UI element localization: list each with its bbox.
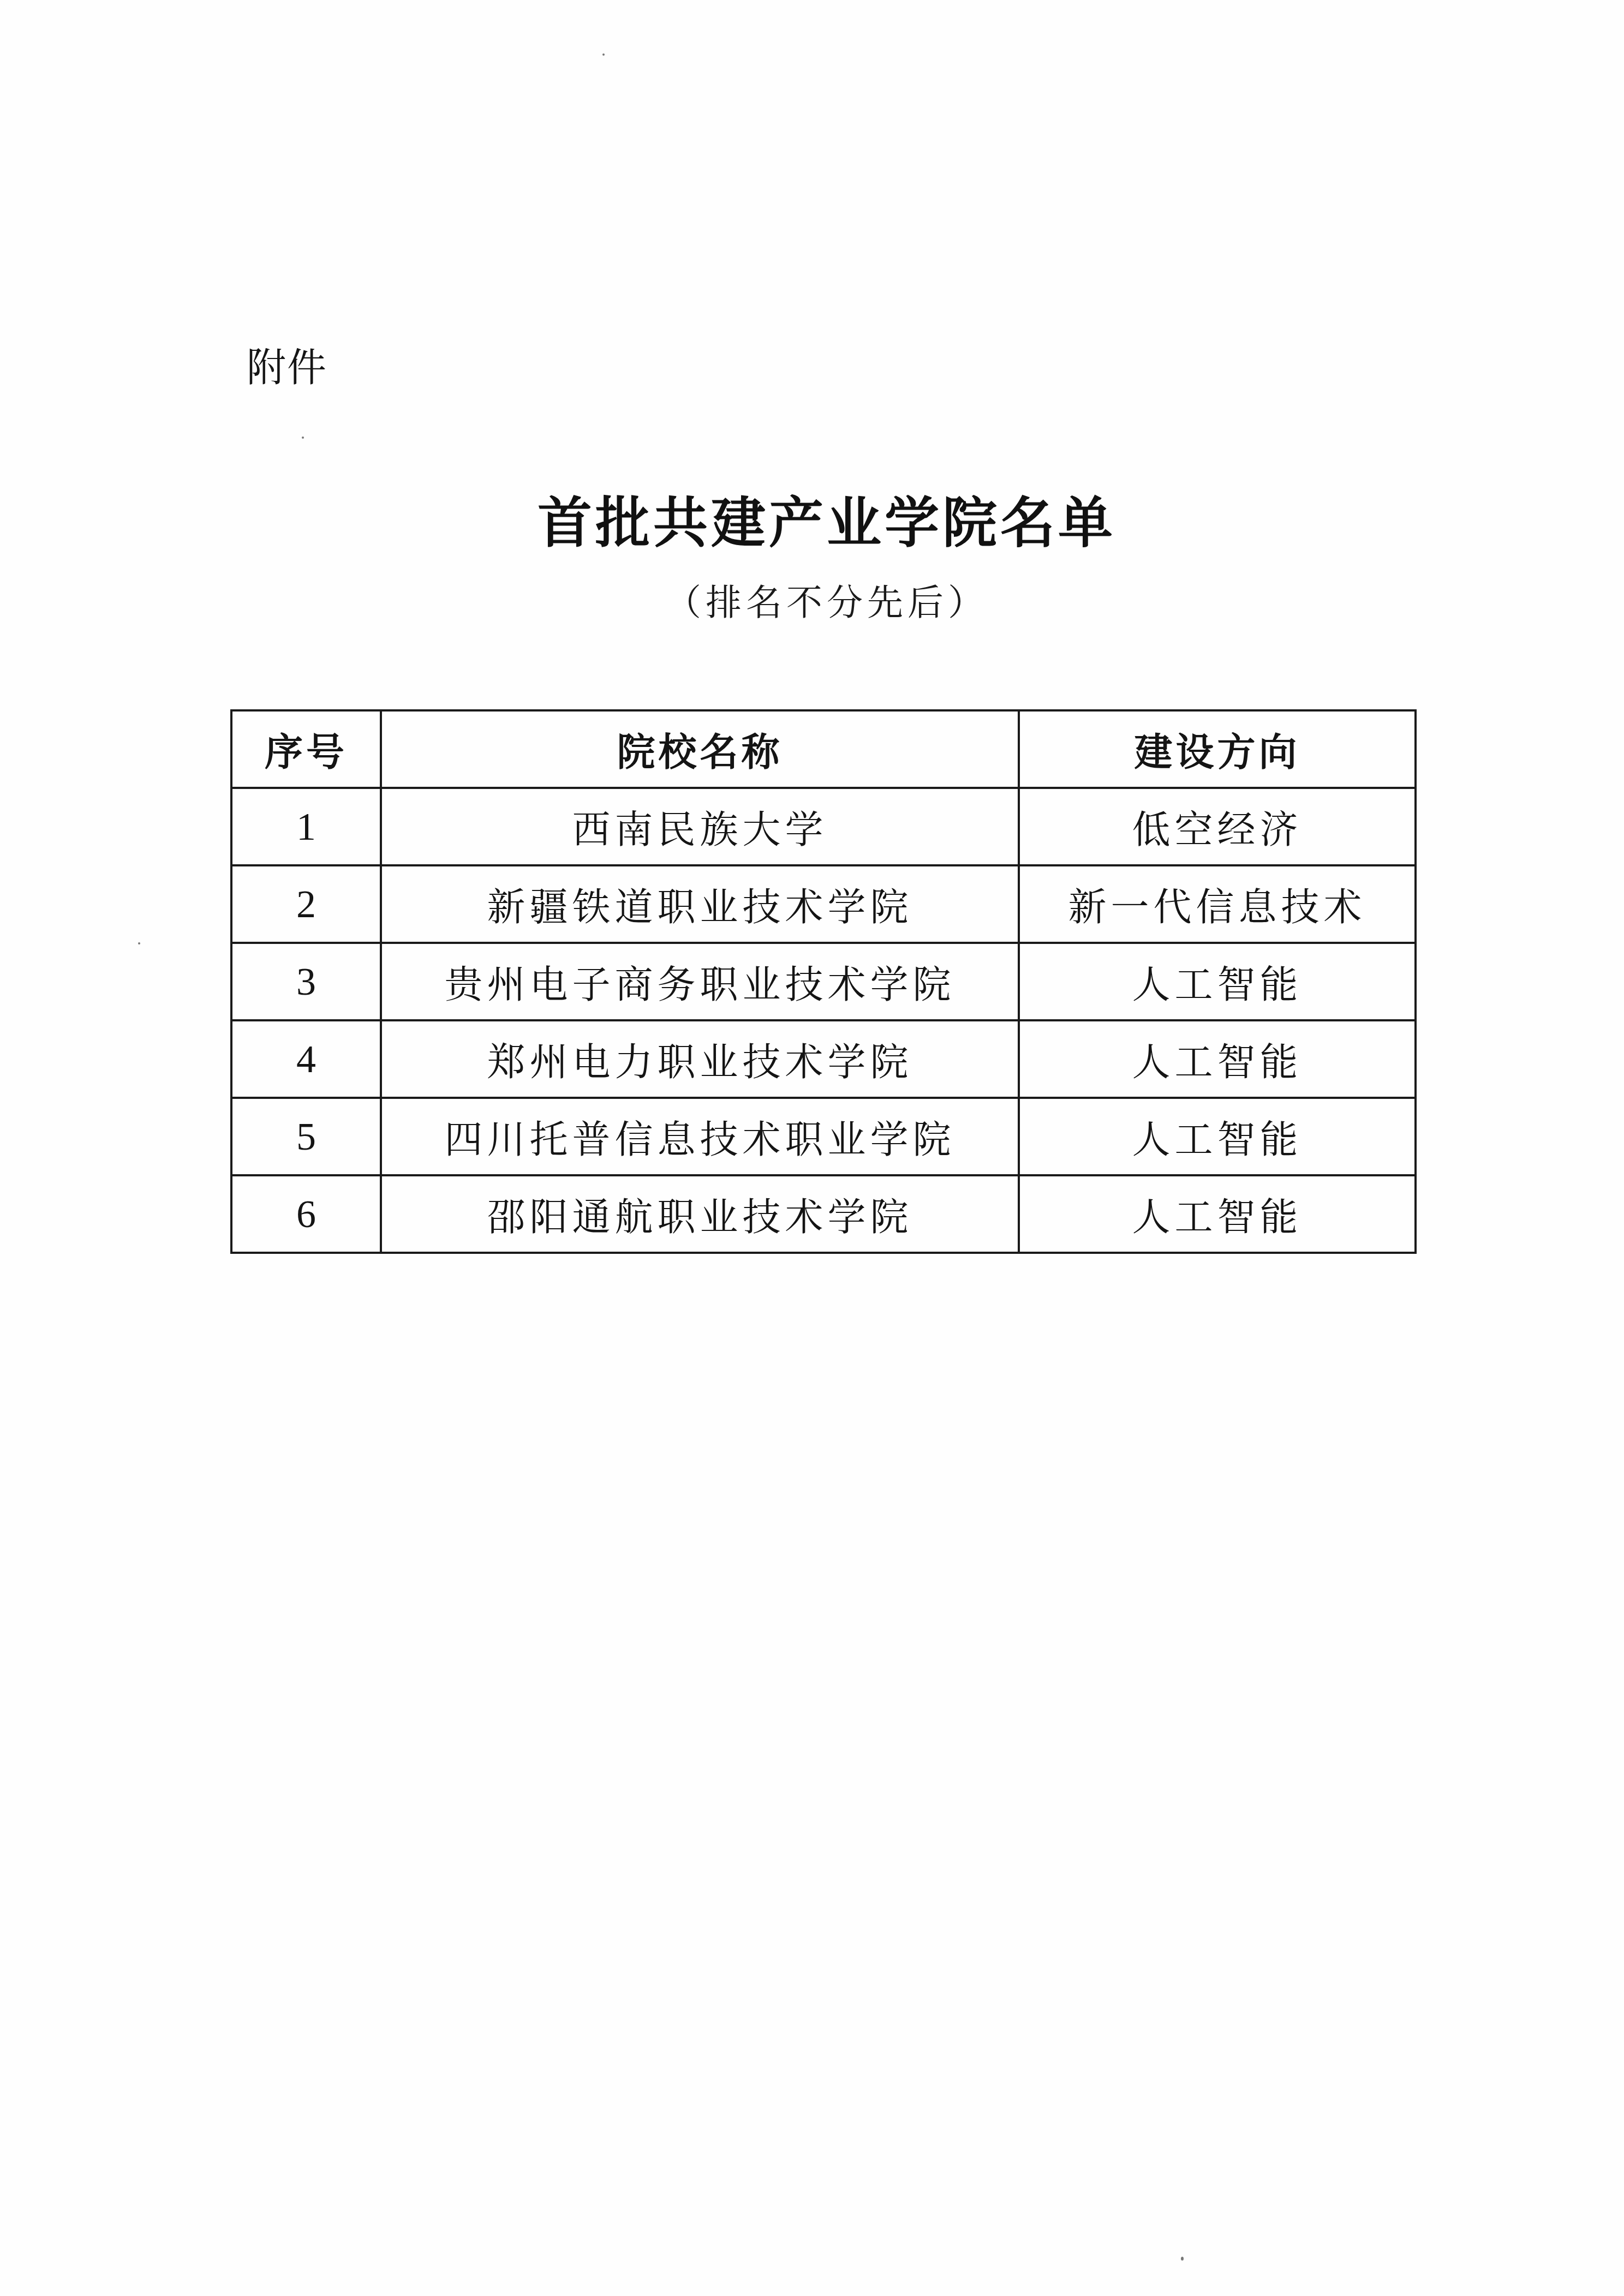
column-header-institution: 院校名称 bbox=[381, 710, 1019, 788]
column-header-index: 序号 bbox=[231, 710, 381, 788]
scan-speck bbox=[138, 942, 140, 944]
attachment-label: 附件 bbox=[247, 343, 327, 392]
institution-name: 贵州电子商务职业技术学院 bbox=[381, 943, 1019, 1020]
institution-list-table: 序号 院校名称 建设方向 1 西南民族大学 低空经济 2 新疆铁道职业技术学院 … bbox=[230, 709, 1417, 1254]
table-row: 6 邵阳通航职业技术学院 人工智能 bbox=[231, 1175, 1416, 1253]
page-title: 首批共建产业学院名单 bbox=[0, 487, 1624, 558]
column-header-direction: 建设方向 bbox=[1019, 710, 1416, 788]
row-index: 4 bbox=[231, 1020, 381, 1098]
row-index: 3 bbox=[231, 943, 381, 1020]
table-header-row: 序号 院校名称 建设方向 bbox=[231, 710, 1416, 788]
row-index: 2 bbox=[231, 865, 381, 943]
document-page: 附件 首批共建产业学院名单 （排名不分先后） 序号 院校名称 建设方向 1 西南… bbox=[0, 0, 1624, 2296]
construction-direction: 新一代信息技术 bbox=[1019, 865, 1416, 943]
institution-name: 邵阳通航职业技术学院 bbox=[381, 1175, 1019, 1253]
scan-speck bbox=[1181, 2257, 1184, 2261]
table-row: 2 新疆铁道职业技术学院 新一代信息技术 bbox=[231, 865, 1416, 943]
scan-speck bbox=[302, 437, 304, 439]
table-row: 5 四川托普信息技术职业学院 人工智能 bbox=[231, 1098, 1416, 1175]
institution-name: 四川托普信息技术职业学院 bbox=[381, 1098, 1019, 1175]
construction-direction: 低空经济 bbox=[1019, 788, 1416, 865]
institution-name: 新疆铁道职业技术学院 bbox=[381, 865, 1019, 943]
row-index: 6 bbox=[231, 1175, 381, 1253]
construction-direction: 人工智能 bbox=[1019, 1175, 1416, 1253]
construction-direction: 人工智能 bbox=[1019, 1098, 1416, 1175]
table-row: 4 郑州电力职业技术学院 人工智能 bbox=[231, 1020, 1416, 1098]
row-index: 5 bbox=[231, 1098, 381, 1175]
page-subtitle: （排名不分先后） bbox=[0, 578, 1624, 627]
table-row: 1 西南民族大学 低空经济 bbox=[231, 788, 1416, 865]
construction-direction: 人工智能 bbox=[1019, 1020, 1416, 1098]
institution-name: 郑州电力职业技术学院 bbox=[381, 1020, 1019, 1098]
institution-name: 西南民族大学 bbox=[381, 788, 1019, 865]
table-row: 3 贵州电子商务职业技术学院 人工智能 bbox=[231, 943, 1416, 1020]
construction-direction: 人工智能 bbox=[1019, 943, 1416, 1020]
row-index: 1 bbox=[231, 788, 381, 865]
scan-speck bbox=[602, 53, 605, 56]
